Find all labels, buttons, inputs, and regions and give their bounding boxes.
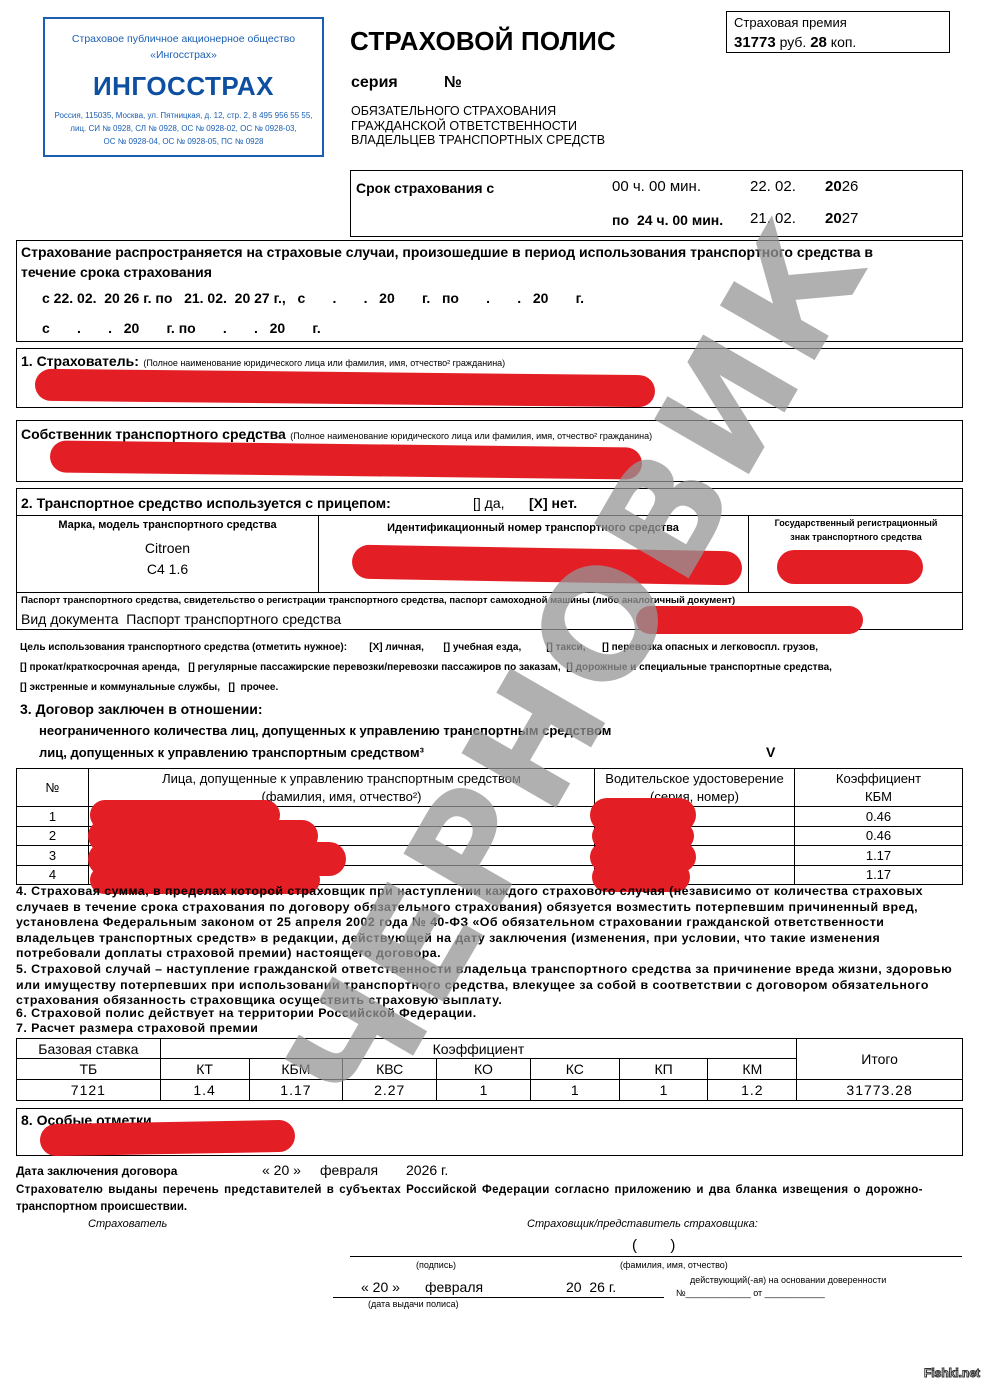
company-address: Россия, 115035, Москва, ул. Пятницкая, д… — [47, 109, 320, 148]
policyholder-label: 1. Страхователь: — [21, 353, 139, 369]
calc-values-row: 7121 1.4 1.17 2.27 1 1 1 1.2 31773.28 — [17, 1080, 963, 1101]
conclusion-label: Дата заключения договора — [16, 1164, 177, 1178]
redaction-plate — [777, 550, 923, 584]
owner-label: Собственник транспортного средства — [21, 426, 286, 442]
document-title: СТРАХОВОЙ ПОЛИС — [350, 26, 616, 57]
period-to-date: 21. 02. — [750, 210, 796, 227]
issued-text-1: Страхователю выданы перечень представите… — [16, 1184, 923, 1196]
issue-month: февраля — [425, 1279, 483, 1295]
conclusion-year: 2026 г. — [406, 1162, 448, 1178]
calc-total: 31773.28 — [797, 1080, 963, 1101]
signature-name-parens: ( ) — [632, 1237, 675, 1254]
contract-heading: 3. Договор заключен в отношении: — [20, 701, 263, 717]
company-brand: ИНГОССТРАХ — [45, 71, 322, 102]
clause-5: 5. Страховой случай – наступление гражда… — [16, 962, 966, 1009]
insurer-logo-block: Страховое публичное акционерное общество… — [43, 17, 324, 157]
signature-policyholder-label: Страхователь — [88, 1218, 167, 1230]
contract-option-unlimited[interactable]: неограниченного количества лиц, допущенн… — [39, 723, 611, 738]
clause-7: 7. Расчет размера страховой премии — [16, 1021, 966, 1037]
redaction-special-notes — [40, 1120, 296, 1156]
site-watermark: Fishki.net — [924, 1366, 980, 1380]
period-from-year: 2026 — [825, 178, 858, 195]
document-label: Паспорт транспортного средства, свидетел… — [21, 595, 735, 606]
period-from-date: 22. 02. — [750, 178, 796, 195]
number-label: № — [444, 74, 462, 92]
usage-period-row-1: с 22. 02. 20 26 г. по 21. 02. 20 27 г., … — [42, 290, 584, 306]
clause-4: 4. Страховая сумма, в пределах которой с… — [16, 884, 966, 962]
purpose-line-3: [] экстренные и коммунальные службы, [] … — [20, 682, 278, 693]
redaction-policyholder — [35, 369, 655, 407]
usage-period-text-2: течение срока страхования — [21, 264, 212, 280]
vehicle-make: Citroen — [17, 540, 318, 556]
company-quoted-name: «Ингосстрах» — [45, 49, 322, 61]
period-to-year: 2027 — [825, 210, 858, 227]
name-hint: (фамилия, имя, отчество) — [620, 1260, 728, 1270]
usage-period-section: Страхование распространяется на страховы… — [16, 240, 963, 342]
issue-date-line — [333, 1297, 664, 1298]
premium-amount: 31773 руб. 28 коп. — [734, 34, 856, 51]
document-subtitle: ОБЯЗАТЕЛЬНОГО СТРАХОВАНИЯ ГРАЖДАНСКОЙ ОТ… — [351, 104, 605, 148]
total-header: Итого — [797, 1039, 963, 1080]
premium-calc-table: Базовая ставка Коэффициент Итого ТБ КТ К… — [16, 1038, 963, 1101]
period-to-time: 24 ч. 00 мин. — [637, 212, 723, 228]
trailer-label: 2. Транспортное средство используется с … — [21, 495, 391, 511]
contract-option-mark: V — [766, 744, 775, 760]
plate-label-1: Государственный регистрационный — [748, 518, 964, 528]
company-legal-form: Страховое публичное акционерное общество — [45, 33, 322, 45]
premium-label: Страховая премия — [734, 15, 847, 30]
trailer-no-checkbox[interactable]: [X] нет. — [529, 495, 577, 511]
period-label: Срок страхования с — [356, 180, 494, 196]
redaction-document-number — [636, 606, 863, 634]
signature-line — [350, 1256, 962, 1257]
vin-label: Идентификационный номер транспортного ср… — [318, 522, 748, 534]
base-rate-header: Базовая ставка — [17, 1039, 161, 1059]
issue-date-hint: (дата выдачи полиса) — [368, 1299, 459, 1309]
conclusion-day: « 20 » — [262, 1162, 301, 1178]
series-label: серия — [351, 74, 398, 92]
issued-text-2: транспортном происшествии. — [16, 1201, 187, 1213]
issue-day: « 20 » — [361, 1279, 400, 1295]
trailer-yes-checkbox[interactable]: [] да, — [473, 495, 505, 511]
signature-hint: (подпись) — [416, 1260, 456, 1270]
purpose-line-1: Цель использования транспортного средств… — [20, 642, 818, 653]
redaction-vin — [352, 545, 743, 586]
signature-company-label: Страховщик/представитель страховщика: — [527, 1218, 758, 1230]
period-to-prefix: по — [612, 212, 629, 228]
vehicle-model: C4 1.6 — [17, 561, 318, 577]
policyholder-hint: (Полное наименование юридического лица и… — [143, 358, 505, 368]
proxy-line: №_____________ от ____________ — [676, 1288, 825, 1298]
usage-period-text-1: Страхование распространяется на страховы… — [21, 244, 873, 260]
owner-hint: (Полное наименование юридического лица и… — [290, 431, 652, 441]
usage-period-row-2: с . . 20 г. по . . 20 г. — [42, 320, 321, 336]
period-from-time: 00 ч. 00 мин. — [612, 178, 701, 195]
make-label: Марка, модель транспортного средства — [17, 519, 318, 531]
premium-box: Страховая премия 31773 руб. 28 коп. — [726, 11, 950, 53]
clause-6: 6. Страховой полис действует на территор… — [16, 1006, 966, 1022]
contract-option-listed[interactable]: лиц, допущенных к управлению транспортны… — [39, 745, 424, 760]
coefficient-header: Коэффициент — [160, 1039, 797, 1059]
purpose-line-2: [] прокат/краткосрочная аренда, [] регул… — [20, 662, 832, 673]
conclusion-month: февраля — [320, 1162, 378, 1178]
insurance-period-box: Срок страхования с 00 ч. 00 мин. 22. 02.… — [350, 170, 963, 237]
proxy-label: действующий(-ая) на основании довереннос… — [690, 1275, 886, 1285]
issue-year: 20 26 г. — [566, 1279, 616, 1295]
document-type: Вид документа Паспорт транспортного сред… — [21, 611, 341, 627]
plate-label-2: знак транспортного средства — [748, 532, 964, 542]
